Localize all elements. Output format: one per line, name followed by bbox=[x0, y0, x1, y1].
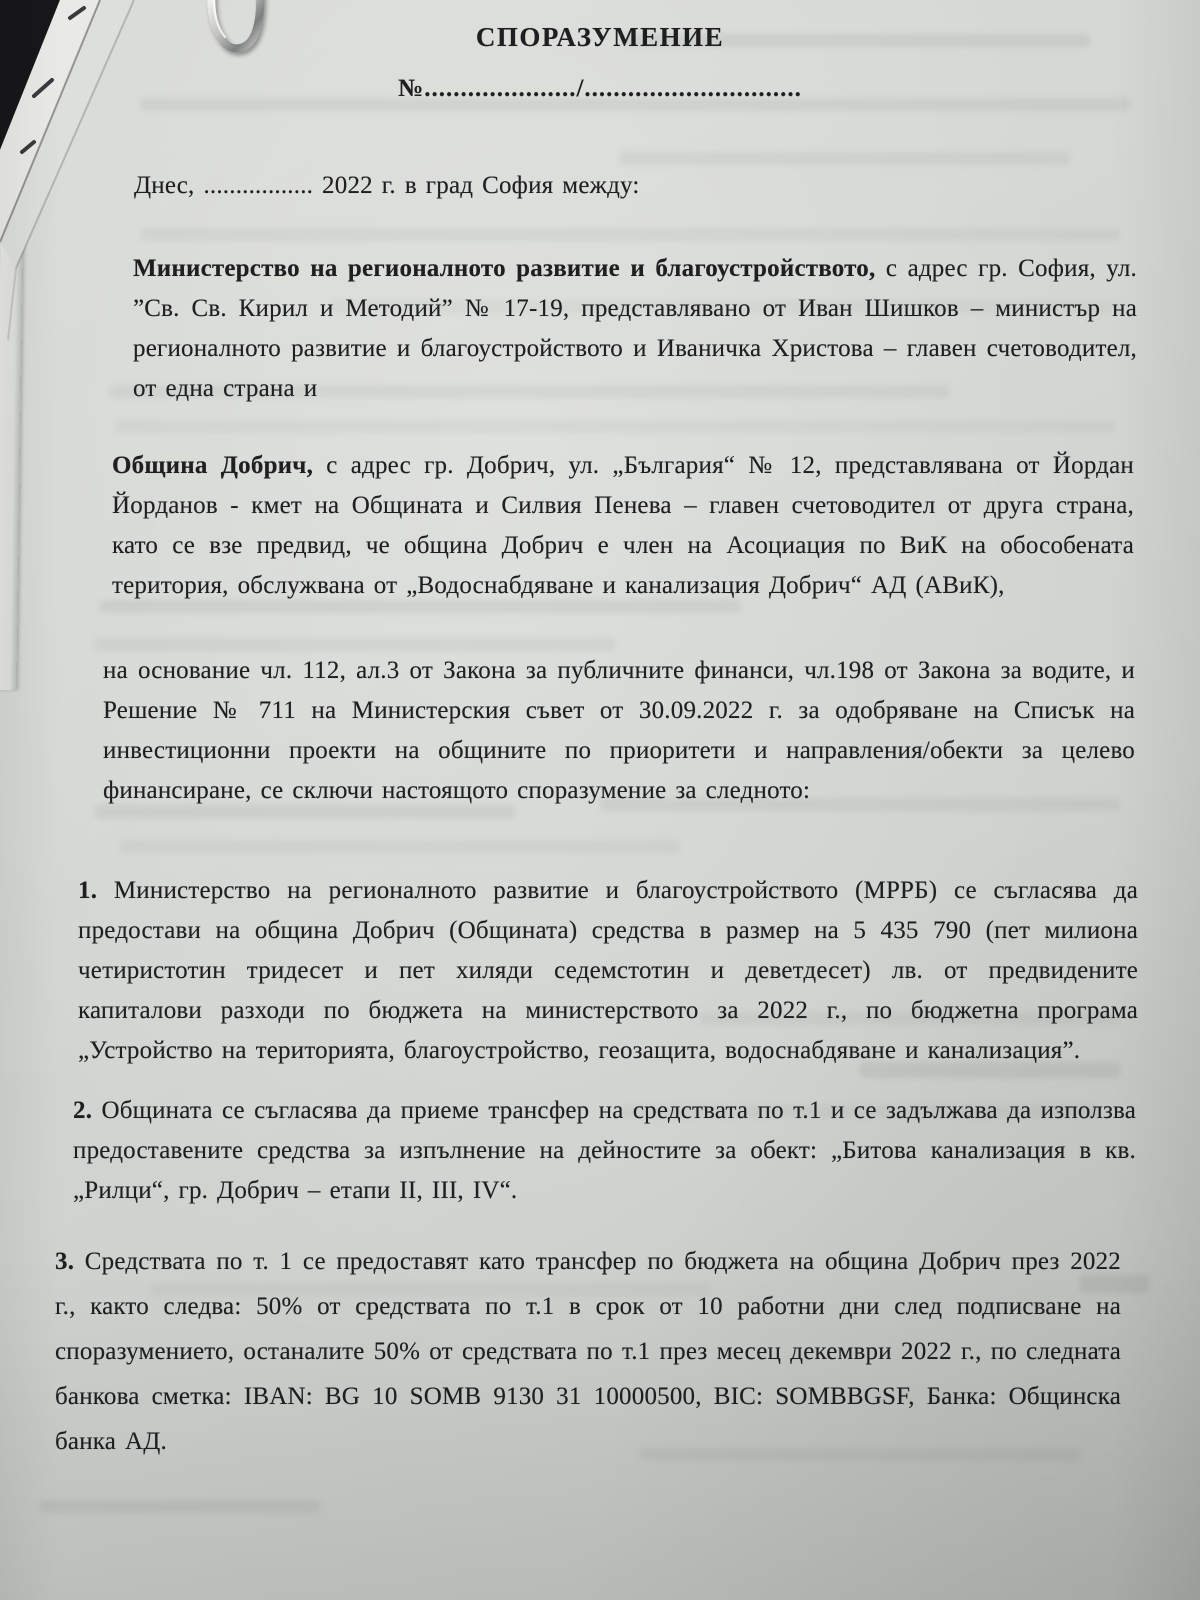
clause-1: 1. Министерство на регионалното развитие… bbox=[78, 871, 1138, 1071]
clause-1-text: Министерство на регионалното развитие и … bbox=[78, 877, 1138, 1064]
clause-2-number: 2. bbox=[73, 1097, 92, 1124]
clause-2-text: Общината се съгласява да приеме трансфер… bbox=[73, 1097, 1136, 1204]
party-municipality-paragraph: Община Добрич, с адрес гр. Добрич, ул. „… bbox=[112, 446, 1134, 606]
party-municipality-name: Община Добрич, bbox=[112, 452, 313, 479]
document-number-line: №...................../.................… bbox=[0, 72, 1200, 106]
clause-3: 3. Средствата по т. 1 се предоставят кат… bbox=[55, 1239, 1121, 1464]
document-title: СПОРАЗУМЕНИЕ bbox=[0, 22, 1200, 52]
party-ministry-name: Министерство на регионалното развитие и … bbox=[133, 255, 875, 282]
party-ministry-paragraph: Министерство на регионалното развитие и … bbox=[133, 249, 1137, 409]
clause-2: 2. Общината се съгласява да приеме транс… bbox=[73, 1091, 1136, 1211]
clause-3-number: 3. bbox=[55, 1248, 74, 1275]
legal-basis-paragraph: на основание чл. 112, ал.3 от Закона за … bbox=[103, 651, 1135, 811]
document-photo: СПОРАЗУМЕНИЕ №...................../....… bbox=[0, 0, 1200, 1600]
clause-1-number: 1. bbox=[78, 877, 97, 904]
clause-3-text: Средствата по т. 1 се предоставят като т… bbox=[55, 1248, 1121, 1455]
date-line: Днес, ................. 2022 г. в град С… bbox=[134, 166, 1034, 206]
